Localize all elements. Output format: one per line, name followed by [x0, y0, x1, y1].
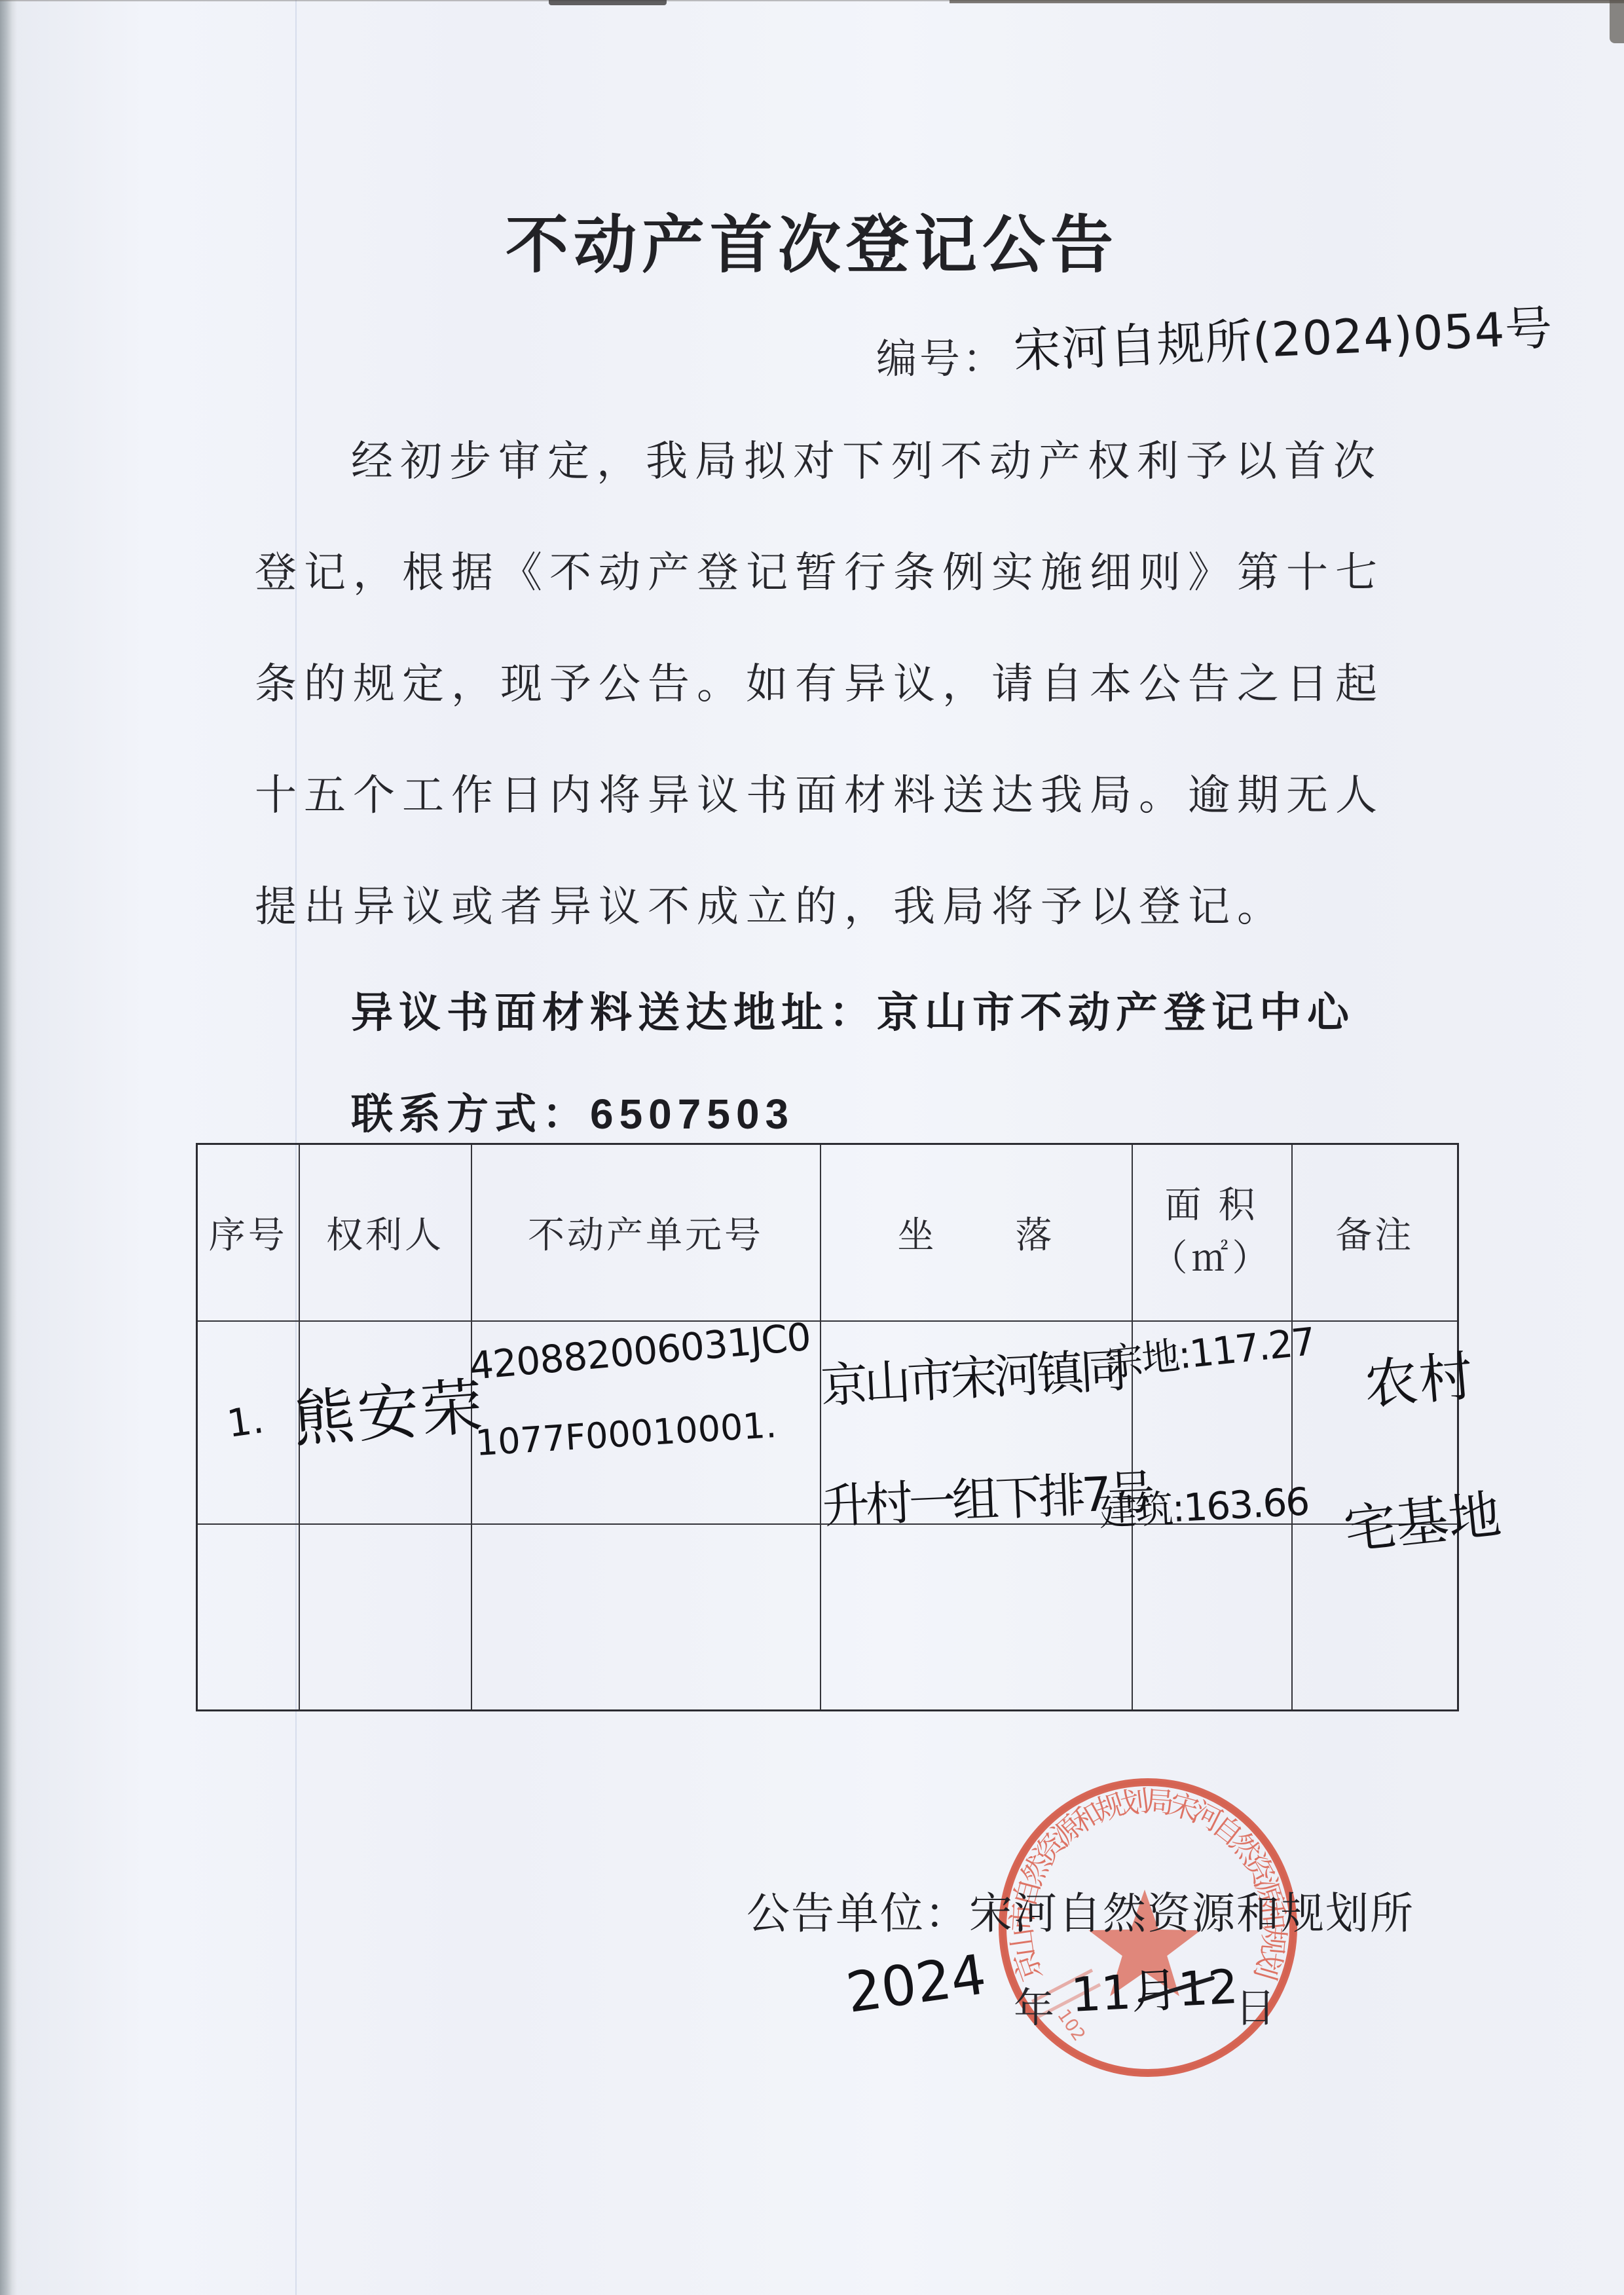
- header-unit: 不动产单元号: [471, 1144, 821, 1321]
- scan-top-smudge-right: [950, 0, 1624, 3]
- body-line-2: 登记，根据《不动产登记暂行条例实施细则》第十七: [255, 539, 1384, 599]
- hw-row-number: 1.: [225, 1397, 267, 1446]
- table-empty-row: [197, 1524, 1458, 1711]
- body-line-5: 提出异议或者异议不成立的，我局将予以登记。: [255, 873, 1286, 933]
- issuer-line: 公告单位：宋河自然资源和规划所: [747, 1878, 1414, 1941]
- scanned-document-page: 不动产首次登记公告 编号：宋河自规所(2024)054号 经初步审定，我局拟对下…: [0, 0, 1624, 2295]
- table-header-row: 序号 权利人 不动产单元号 坐 落 面 积 （㎡） 备注: [197, 1144, 1458, 1321]
- body-line-4: 十五个工作日内将异议书面材料送达我局。逾期无人: [255, 762, 1384, 822]
- scan-top-smudge-left: [549, 0, 667, 5]
- doc-number-label: 编号：: [876, 337, 1006, 382]
- scan-left-edge-shadow: [0, 0, 17, 2295]
- doc-number: 编号：宋河自规所(2024)054号: [876, 318, 1555, 386]
- header-location: 坐 落: [821, 1144, 1132, 1321]
- page-title: 不动产首次登记公告: [0, 195, 1624, 285]
- contact-line: 联系方式：6507503: [351, 1081, 794, 1141]
- hw-note-line1: 农村: [1361, 1334, 1477, 1419]
- doc-number-value-handwritten: 宋河自规所(2024)054号: [1012, 289, 1554, 381]
- body-line-3: 条的规定，现予公告。如有异议，请自本公告之日起: [255, 650, 1384, 711]
- header-note: 备注: [1292, 1144, 1458, 1321]
- date-year-label: 年: [1014, 1975, 1054, 2034]
- hw-note-line2: 宅基地: [1340, 1472, 1504, 1563]
- header-seq: 序号: [197, 1144, 299, 1321]
- header-owner: 权利人: [299, 1144, 471, 1321]
- hw-owner-name: 熊安荣: [290, 1357, 489, 1459]
- header-area-line1: 面 积: [1133, 1180, 1291, 1233]
- address-line: 异议书面材料送达地址：京山市不动产登记中心: [351, 979, 1355, 1039]
- scan-top-right-corner-mark: [1610, 0, 1624, 43]
- date-day-label: 日: [1235, 1975, 1276, 2034]
- hw-date-monthday: 11月12: [1069, 1949, 1240, 2025]
- header-area-line2: （㎡）: [1133, 1233, 1291, 1286]
- header-area: 面 积 （㎡）: [1132, 1144, 1292, 1321]
- body-line-1: 经初步审定，我局拟对下列不动产权利予以首次: [351, 428, 1382, 488]
- hw-area-building: 建筑:163.66: [1098, 1470, 1310, 1537]
- hw-date-year: 2024: [842, 1942, 989, 2025]
